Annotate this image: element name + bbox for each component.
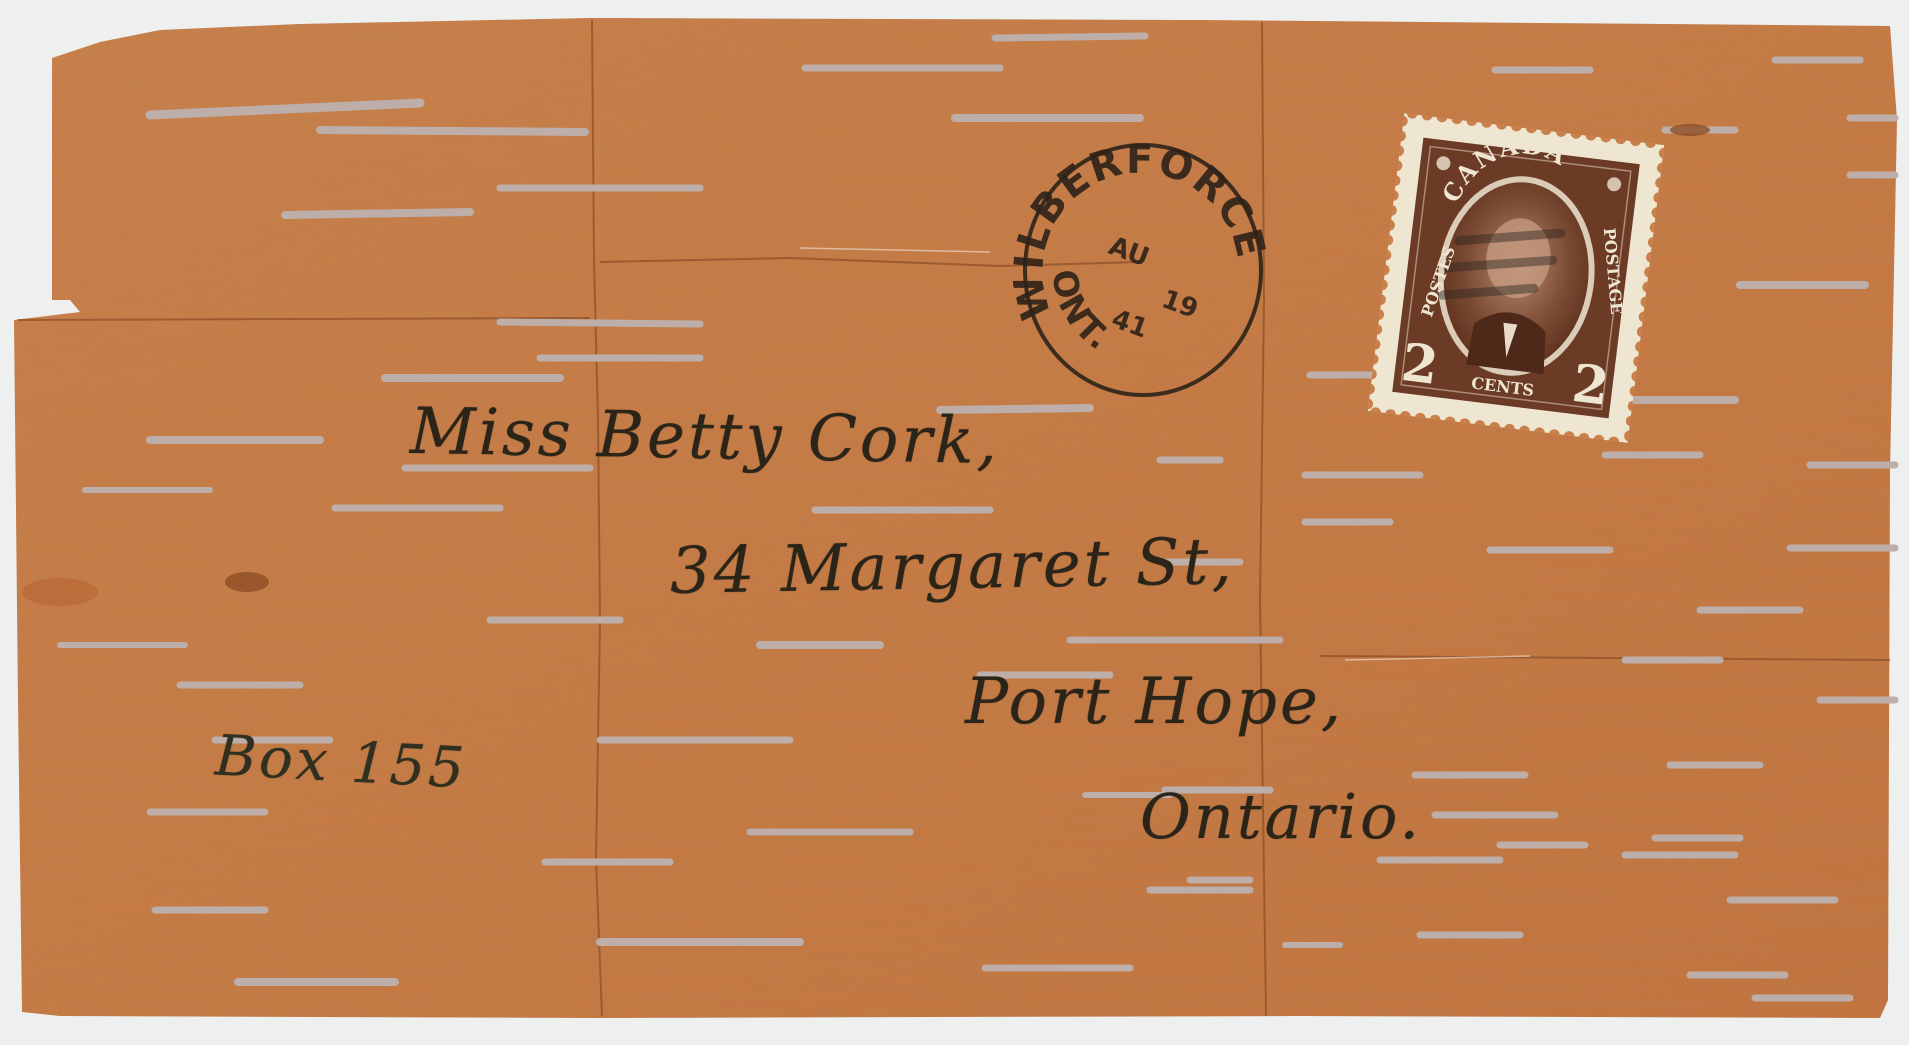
recipient-province: Ontario. — [1140, 780, 1422, 853]
recipient-city: Port Hope, — [965, 665, 1344, 739]
svg-text:ONT.: ONT. — [1043, 266, 1118, 359]
stamp-denomination-right: 2 — [1569, 353, 1612, 418]
envelope-scene: WILBERFORCE ONT. AU 19 41 /* decorative — [0, 0, 1909, 1045]
postmark-cancellation: WILBERFORCE ONT. AU 19 41 — [1013, 140, 1273, 400]
postage-stamp: /* decorative */ CANADA POSTES POSTAGE 2… — [1368, 113, 1665, 443]
stamp-denomination-left: 2 — [1398, 332, 1441, 397]
recipient-name: Miss Betty Cork, — [409, 395, 1000, 479]
postmark-day: 19 — [1158, 284, 1202, 325]
postmark-year: 41 — [1108, 304, 1152, 345]
box-number-note: Box 155 — [213, 723, 468, 801]
postmark-month: AU — [1105, 231, 1153, 273]
recipient-street: 34 Margaret St, — [669, 525, 1235, 609]
postmark-province: ONT. — [1043, 266, 1118, 359]
